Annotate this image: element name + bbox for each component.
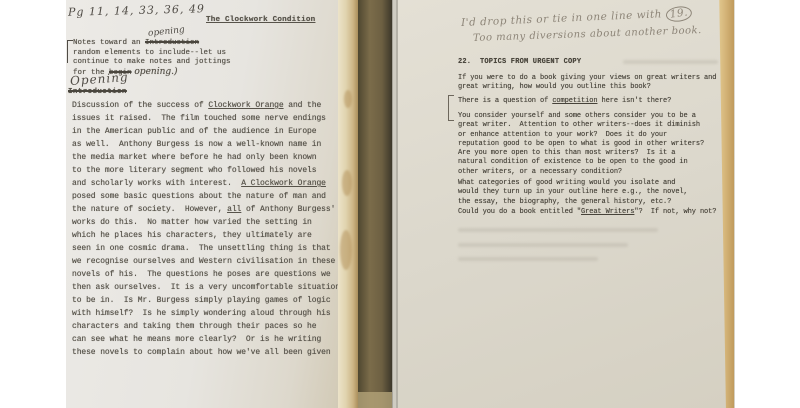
bleed-through-line <box>458 243 628 247</box>
struck-introduction-heading: Introduction <box>68 88 127 96</box>
handwritten-bracket <box>448 95 454 121</box>
circled-page-reference: 19. <box>665 5 693 23</box>
archive-photo: Pg 11, 14, 33, 36, 49 The Clockwork Cond… <box>66 0 734 408</box>
left-manuscript-page: Pg 11, 14, 33, 36, 49 The Clockwork Cond… <box>66 0 338 408</box>
bleed-through-line <box>458 257 598 261</box>
section-heading: 22. TOPICS FROM URGENT COPY <box>458 58 581 67</box>
bleed-through-line <box>458 228 658 232</box>
editor-note-text: I'd drop this or tie in one line with <box>461 8 662 29</box>
bleed-through-line <box>623 60 718 64</box>
gap-bottom-edge <box>358 392 392 408</box>
handwritten-opening-heading: Opening <box>70 70 129 88</box>
paragraph-outline-question: If you were to do a book giving your vie… <box>458 74 716 93</box>
binder-gap <box>358 0 392 408</box>
paragraph-great-writers: Could you do a book entitled "Great Writ… <box>458 208 716 217</box>
paragraph-competition-question: There is a question of competition here … <box>458 97 671 106</box>
page-title: The Clockwork Condition <box>206 16 315 24</box>
paragraph-categories: What categories of good writing would yo… <box>458 179 688 207</box>
page-stack-fore-edge <box>338 0 358 408</box>
handwritten-opening-annotation: opening <box>148 25 186 39</box>
body-text: Discussion of the success of Clockwork O… <box>72 99 340 359</box>
right-manuscript-page: I'd drop this or tie in one line with 19… <box>392 0 735 408</box>
paragraph-consider-yourself: You consider yourself and some others co… <box>458 112 704 177</box>
handwritten-page-numbers: Pg 11, 14, 33, 36, 49 <box>68 2 205 19</box>
